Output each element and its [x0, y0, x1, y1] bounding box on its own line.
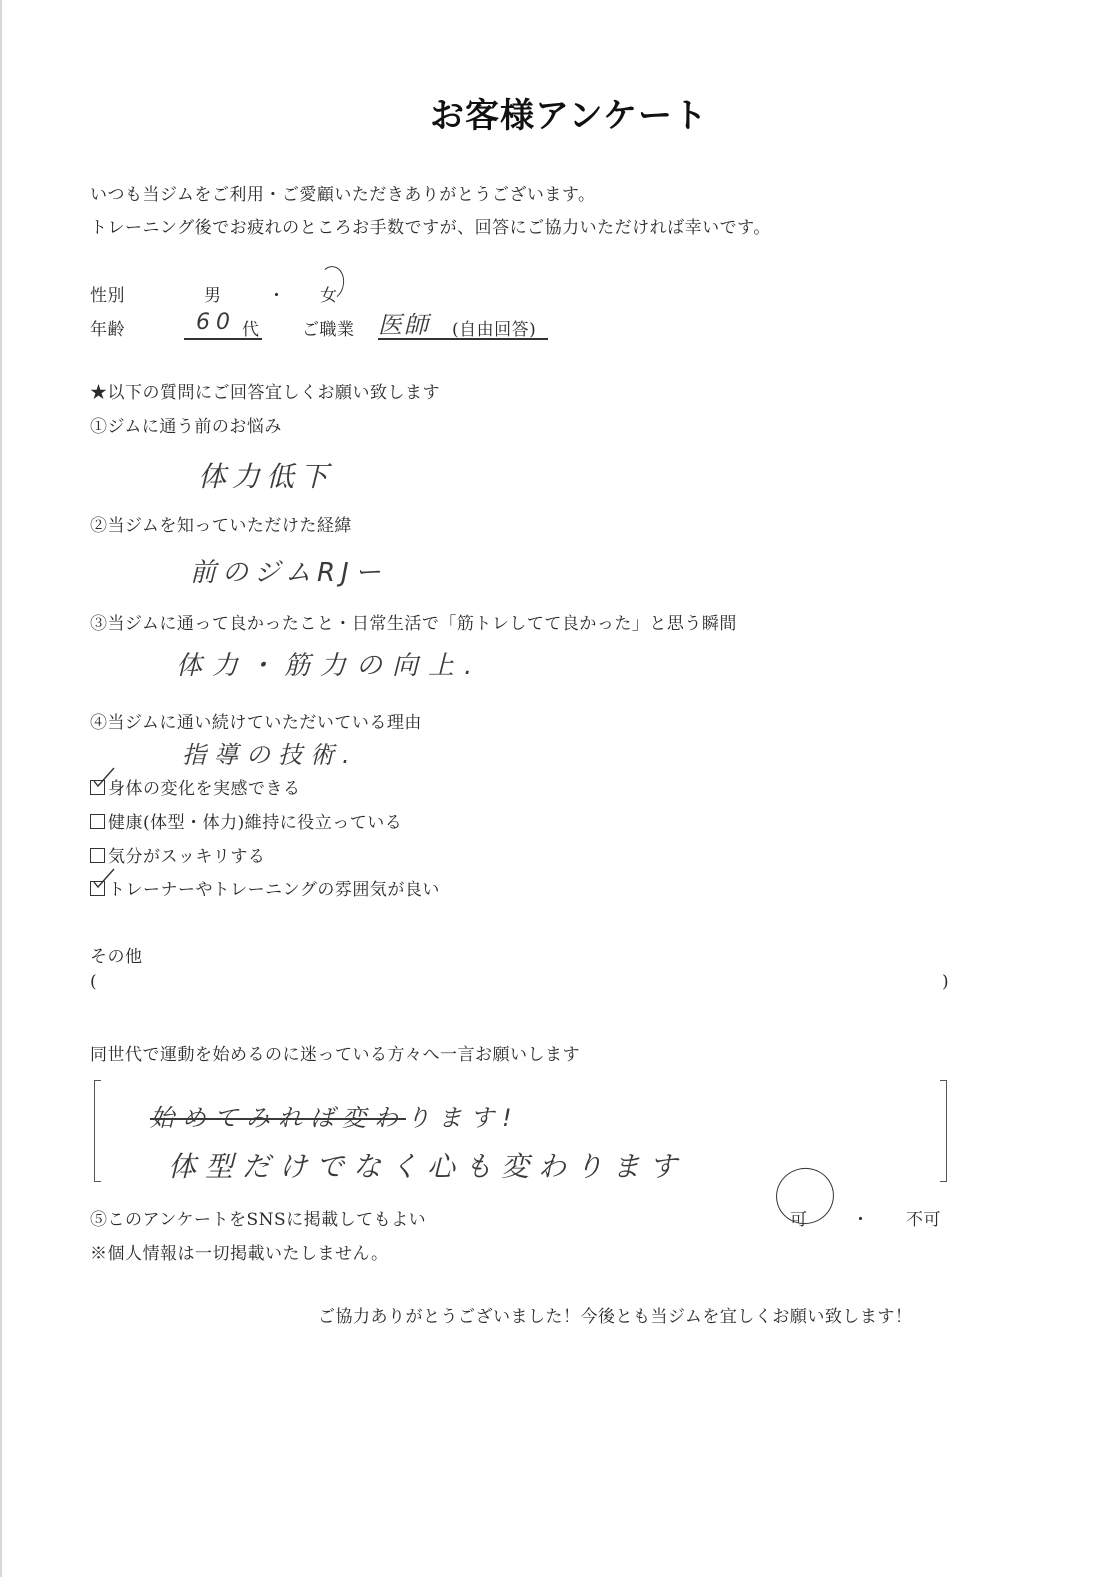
intro-line-1: いつも当ジムをご利用・ご愛顧いただきありがとうございます。: [90, 180, 595, 205]
question-3-label: ③当ジムに通って良かったこと・日常生活で「筋トレしてて良かった」と思う瞬間: [90, 609, 737, 634]
message-field-line-2[interactable]: 体型だけでなく心も変わります: [168, 1145, 686, 1185]
occupation-underline: [378, 338, 548, 340]
sns-option-no[interactable]: 不可: [906, 1205, 941, 1230]
other-field[interactable]: [110, 970, 930, 994]
sns-selected-circle: [770, 1161, 841, 1230]
occupation-note: (自由回答): [452, 315, 536, 340]
reason-label: 身体の変化を実感できる: [108, 779, 301, 799]
occupation-label: ご職業: [302, 315, 355, 340]
question-2-answer[interactable]: 前のジムRJー: [190, 552, 387, 589]
message-bracket-left: [94, 1080, 101, 1182]
checkbox-unchecked[interactable]: [90, 814, 105, 829]
reason-label: 気分がスッキリする: [108, 847, 265, 867]
page-title: お客様アンケート: [430, 88, 708, 137]
question-4-answer[interactable]: 指導の技術.: [182, 735, 358, 770]
other-open-paren: (: [90, 972, 97, 992]
age-underline: [184, 338, 262, 340]
reason-item[interactable]: 身体の変化を実感できる: [90, 774, 301, 799]
intro-line-2: トレーニング後でお疲れのところお手数ですが、回答にご協力いただければ幸いです。: [90, 213, 771, 238]
reason-item[interactable]: 気分がスッキリする: [90, 842, 265, 867]
reason-label: トレーナーやトレーニングの雰囲気が良い: [108, 880, 440, 900]
question-3-answer[interactable]: 体力・筋力の向上.: [176, 645, 482, 682]
question-1-answer[interactable]: 体力低下: [198, 455, 334, 495]
sns-note: ※個人情報は一切掲載いたしません。: [90, 1239, 389, 1264]
sns-separator: ・: [852, 1205, 870, 1230]
question-2-label: ②当ジムを知っていただけた経緯: [90, 511, 352, 536]
closing-message: ご協力ありがとうございました！今後とも当ジムを宜しくお願い致します！: [318, 1302, 912, 1327]
occupation-field[interactable]: 医師: [378, 305, 430, 340]
checkbox-checked[interactable]: [90, 780, 105, 795]
checkbox-unchecked[interactable]: [90, 848, 105, 863]
other-label: その他: [90, 942, 143, 967]
reason-item[interactable]: トレーナーやトレーニングの雰囲気が良い: [90, 875, 440, 900]
reason-label: 健康(体型・体力)維持に役立っている: [108, 813, 402, 833]
checkbox-checked[interactable]: [90, 881, 105, 896]
page-edge: [0, 0, 2, 1577]
age-suffix: 代: [242, 315, 260, 340]
age-label: 年齢: [90, 315, 125, 340]
message-label: 同世代で運動を始めるのに迷っている方々へ一言お願いします: [90, 1040, 580, 1065]
check-icon: [93, 767, 115, 789]
message-line-1-rest: ります!: [406, 1104, 520, 1132]
question-4-label: ④当ジムに通い続けていただいている理由: [90, 708, 422, 733]
message-struck-text: 始めてみれば変わ: [150, 1104, 406, 1132]
reason-item[interactable]: 健康(体型・体力)維持に役立っている: [90, 808, 402, 833]
gender-separator: ・: [268, 281, 286, 306]
check-icon: [93, 868, 115, 890]
age-field[interactable]: 60: [196, 310, 236, 335]
sns-label: ⑤このアンケートをSNSに掲載してもよい: [90, 1205, 426, 1230]
message-field-line-1[interactable]: 始めてみれば変わります!: [150, 1098, 520, 1133]
other-close-paren: ): [942, 972, 949, 992]
message-bracket-right: [940, 1080, 947, 1182]
question-1-label: ①ジムに通う前のお悩み: [90, 412, 282, 437]
gender-option-male[interactable]: 男: [204, 281, 222, 306]
gender-label: 性別: [90, 281, 125, 306]
instructions: ★以下の質問にご回答宜しくお願い致します: [90, 378, 440, 403]
